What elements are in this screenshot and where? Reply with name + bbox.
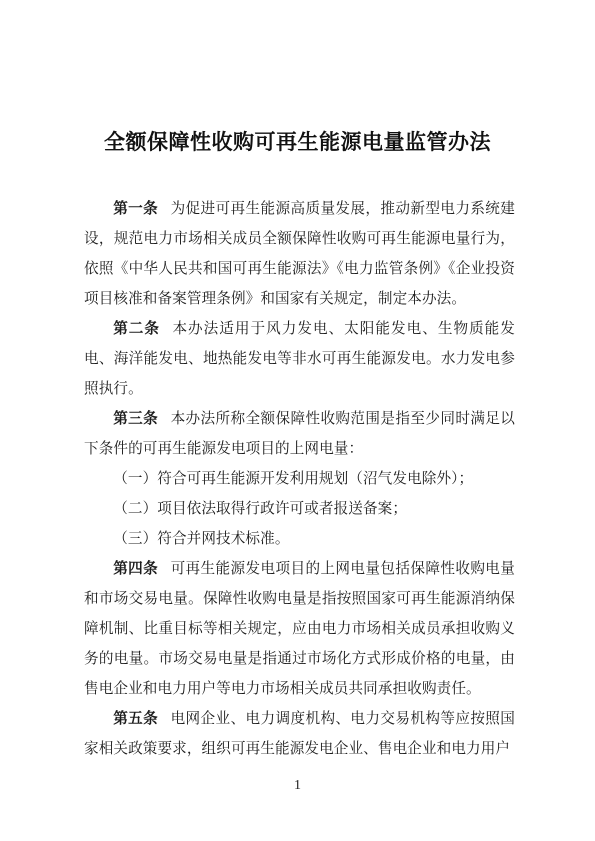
article-paragraph-2: 第二条本办法适用于风力发电、太阳能发电、生物质能发电、海洋能发电、地热能发电等非… [84, 314, 515, 404]
article-text: （二）项目依法取得行政许可或者报送备案； [113, 501, 407, 517]
document-title: 全额保障性收购可再生能源电量监管办法 [0, 0, 595, 158]
list-item-2: （二）项目依法取得行政许可或者报送备案； [84, 494, 515, 524]
document-body: 第一条为促进可再生能源高质量发展，推动新型电力系统建设，规范电力市场相关成员全额… [84, 194, 515, 764]
article-text: 可再生能源发电项目的上网电量包括保障性收购电量和市场交易电量。保障性收购电量是指… [84, 561, 515, 697]
article-number: 第一条 [113, 201, 158, 217]
article-number: 第三条 [113, 411, 158, 427]
page-number: 1 [0, 778, 595, 794]
list-item-1: （一）符合可再生能源开发利用规划（沼气发电除外）； [84, 464, 515, 494]
article-number: 第五条 [113, 711, 158, 727]
article-text: （三）符合并网技术标准。 [113, 531, 289, 547]
article-number: 第四条 [113, 561, 158, 577]
article-number: 第二条 [113, 321, 160, 337]
article-text: （一）符合可再生能源开发利用规划（沼气发电除外）； [113, 471, 473, 487]
article-paragraph-5: 第五条电网企业、电力调度机构、电力交易机构等应按照国家相关政策要求，组织可再生能… [84, 704, 515, 764]
article-paragraph-3: 第三条本办法所称全额保障性收购范围是指至少同时满足以下条件的可再生能源发电项目的… [84, 404, 515, 464]
article-paragraph-1: 第一条为促进可再生能源高质量发展，推动新型电力系统建设，规范电力市场相关成员全额… [84, 194, 515, 314]
article-paragraph-4: 第四条可再生能源发电项目的上网电量包括保障性收购电量和市场交易电量。保障性收购电… [84, 554, 515, 704]
document-page: 全额保障性收购可再生能源电量监管办法 第一条为促进可再生能源高质量发展，推动新型… [0, 0, 595, 841]
list-item-3: （三）符合并网技术标准。 [84, 524, 515, 554]
